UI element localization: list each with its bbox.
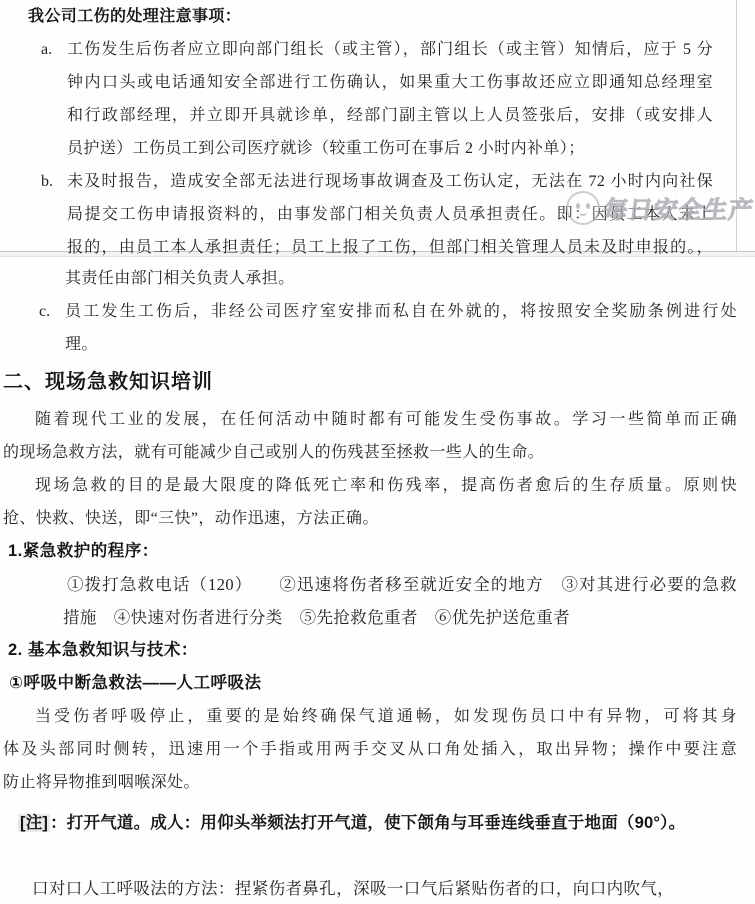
- list-marker-c: c.: [39, 295, 61, 328]
- list-item-a: a. 工伤发生后伤者应立即向部门组长（或主管），部门组长（或主管）知情后，应于 …: [67, 33, 713, 165]
- item-a-line-4: 员护送）工伤员工到公司医疗就诊（较重工伤可在事后 2 小时内补单）；: [67, 132, 713, 165]
- document-canvas: 我公司工伤的处理注意事项： a. 工伤发生后伤者应立即向部门组长（或主管），部门…: [0, 0, 755, 904]
- para3-line-1: 当受伤者呼吸停止，重要的是始终确保气道通畅，如发现伤员口中有异物，可将其身: [3, 700, 737, 733]
- paragraph-2: 现场急救的目的是最大限度的降低死亡率和伤残率，提高伤者愈后的生存质量。原则快 抢…: [3, 469, 737, 535]
- list-marker-a: a.: [41, 33, 63, 66]
- note-tag: [注]: [18, 814, 50, 832]
- paragraph-3: 当受伤者呼吸停止，重要的是始终确保气道通畅，如发现伤员口中有异物，可将其身 体及…: [3, 700, 737, 799]
- note-text: ：打开气道。成人：用仰头举颏法打开气道，使下颌角与耳垂连线垂直于地面（90°）。: [50, 814, 685, 832]
- para1-line-1: 随着现代工业的发展，在任何活动中随时都有可能发生受伤事故。学习一些简单而正确: [3, 403, 737, 436]
- section-title: 二、现场急救知识培训: [3, 361, 755, 403]
- list-item-c: c. 员工发生工伤后，非经公司医疗室安排而私自在外就的，将按照安全奖励条例进行处…: [65, 295, 737, 361]
- para3-line-2: 体及头部同时侧转，迅速用一个手指或用两手交叉从口角处插入，取出异物；操作中要注意: [3, 733, 737, 766]
- doc-title: 我公司工伤的处理注意事项：: [28, 0, 755, 33]
- steps-line-2: 措施 ④快速对伤者进行分类 ⑤先抢救危重者 ⑥优先护送危重者: [63, 601, 755, 634]
- page-right-edge: [736, 0, 737, 251]
- item-a-line-1: 工伤发生后伤者应立即向部门组长（或主管），部门组长（或主管）知情后，应于 5 分: [67, 33, 713, 66]
- steps-line-1: ①拨打急救电话（120） ②迅速将伤者移至就近安全的地方 ③对其进行必要的急救: [67, 568, 737, 601]
- subsection-2-title: 2. 基本急救知识与技术：: [8, 634, 755, 667]
- item-b-line-2: 局提交工伤申请报资料的，由事发部门相关负责人员承担责任。即：因员工本人未上: [67, 198, 713, 231]
- subsection-1-title: 1.紧急救护的程序：: [8, 535, 755, 568]
- item-b-cont-line: 其责任由部门相关负责人承担。: [65, 262, 737, 295]
- steps-list: ①拨打急救电话（120） ②迅速将伤者移至就近安全的地方 ③对其进行必要的急救 …: [3, 568, 755, 634]
- item-a-line-2: 钟内口头或电话通知安全部进行工伤确认，如果重大工伤事故还应立即通知总经理室: [67, 66, 713, 99]
- paragraph-1: 随着现代工业的发展，在任何活动中随时都有可能发生受伤事故。学习一些简单而正确 的…: [3, 403, 737, 469]
- item-b-continuation: 其责任由部门相关负责人承担。: [65, 262, 737, 295]
- para3-line-3: 防止将异物推到咽喉深处。: [3, 766, 737, 799]
- list-item-b: b. 未及时报告，造成安全部无法进行现场事故调查及工伤认定，无法在 72 小时内…: [67, 165, 713, 264]
- note-line: [注]：打开气道。成人：用仰头举颏法打开气道，使下颌角与耳垂连线垂直于地面（90…: [18, 807, 737, 840]
- item-b-line-1: 未及时报告，造成安全部无法进行现场事故调查及工伤认定，无法在 72 小时内向社保: [67, 165, 713, 198]
- page-1: 我公司工伤的处理注意事项： a. 工伤发生后伤者应立即向部门组长（或主管），部门…: [0, 0, 755, 251]
- para1-line-2: 的现场急救方法，就有可能减少自己或别人的伤残甚至拯救一些人的生命。: [3, 436, 737, 469]
- para2-line-1: 现场急救的目的是最大限度的降低死亡率和伤残率，提高伤者愈后的生存质量。原则快: [3, 469, 737, 502]
- item-c-line-1: 员工发生工伤后，非经公司医疗室安排而私自在外就的，将按照安全奖励条例进行处: [65, 295, 737, 328]
- method-title: ①呼吸中断急救法——人工呼吸法: [9, 667, 755, 700]
- para2-line-2: 抢、快救、快送，即“三快”，动作迅速，方法正确。: [3, 502, 737, 535]
- item-a-line-3: 和行政部经理，并立即开具就诊单，经部门副主管以上人员签张后，安排（或安排人: [67, 99, 713, 132]
- list-marker-b: b.: [41, 165, 63, 198]
- page-2: 其责任由部门相关负责人承担。 c. 员工发生工伤后，非经公司医疗室安排而私自在外…: [0, 257, 755, 904]
- item-c-line-2: 理。: [65, 328, 737, 361]
- paragraph-4: 口对口人工呼吸法的方法：捏紧伤者鼻孔，深吸一口气后紧贴伤者的口，向口内吹气，: [32, 872, 755, 904]
